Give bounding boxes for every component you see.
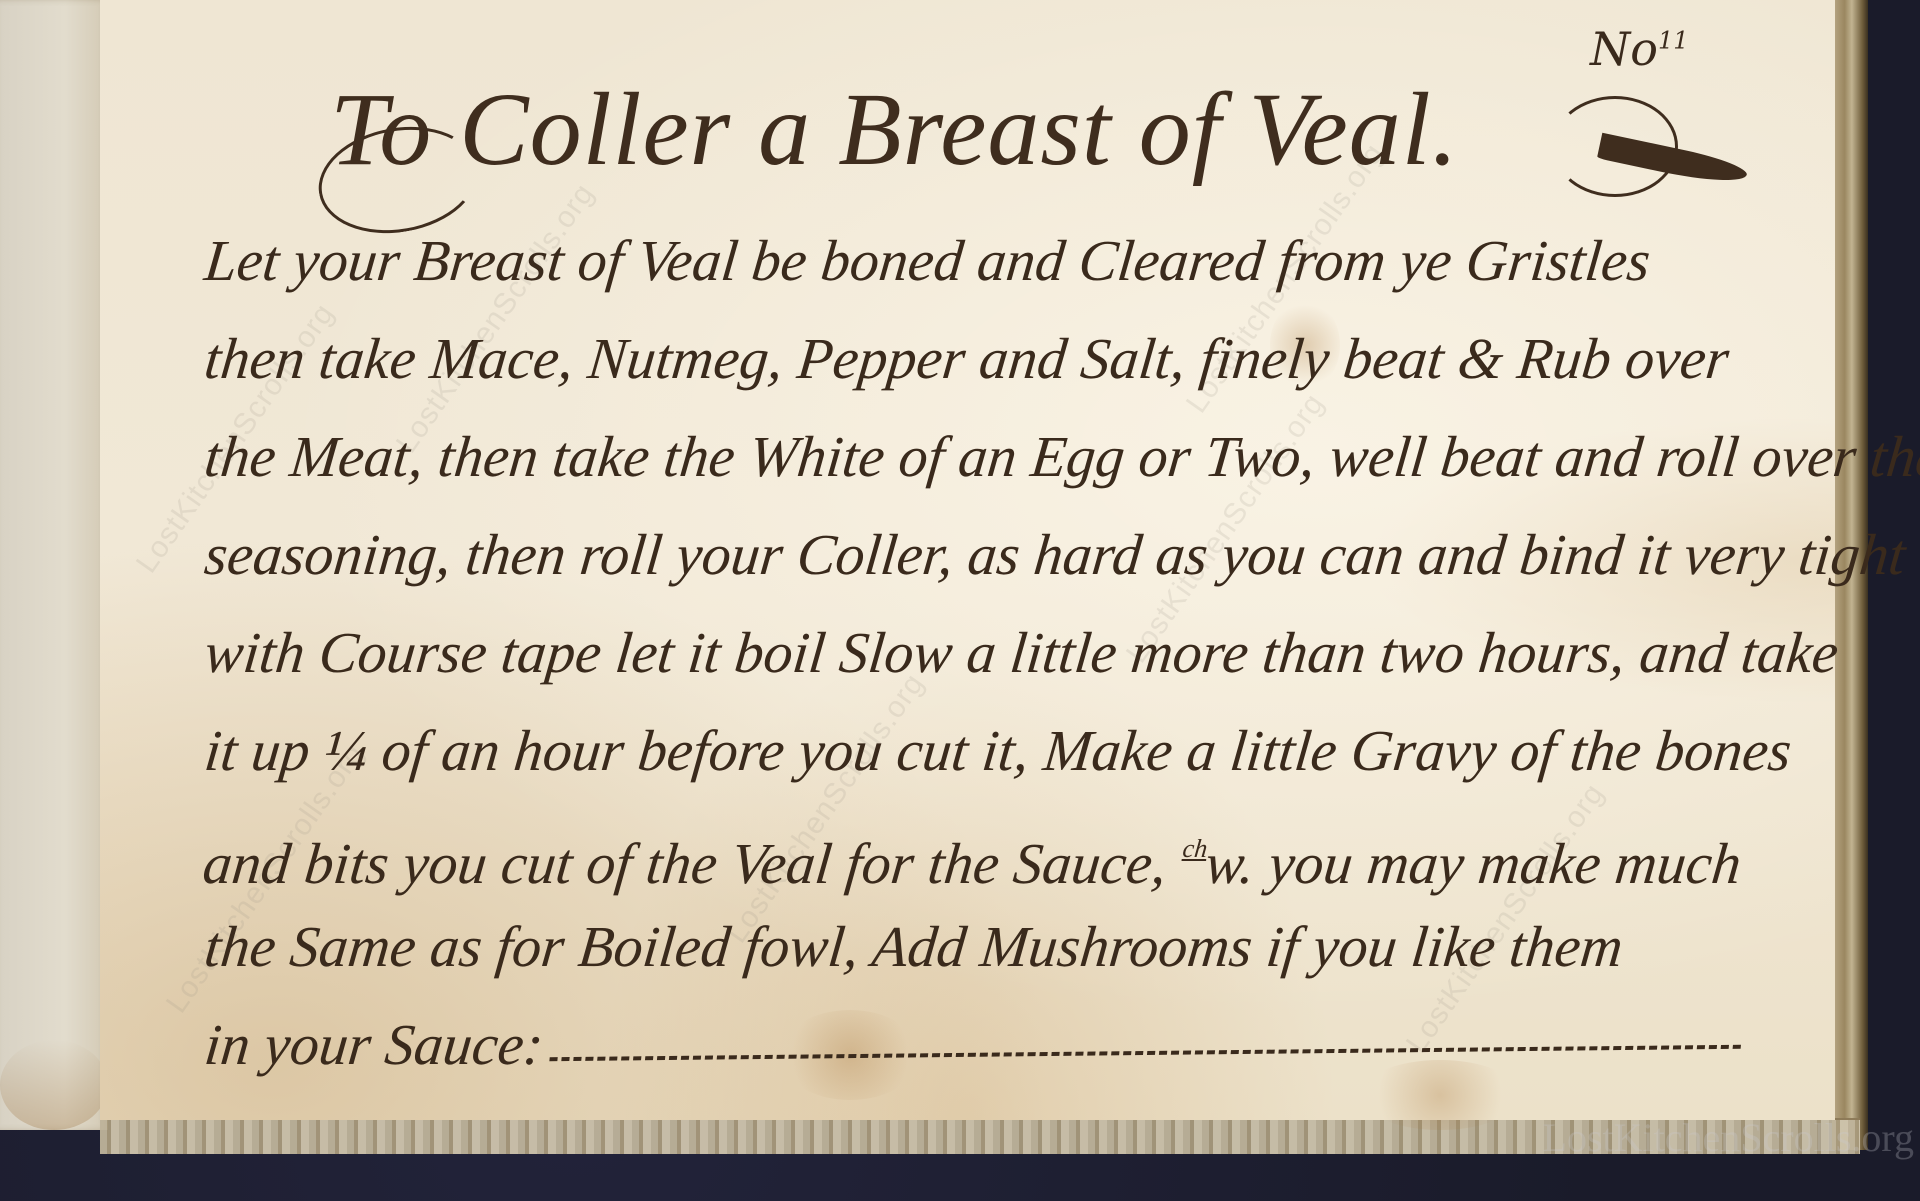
recipe-body: Let your Breast of Veal be boned and Cle… xyxy=(205,212,1845,1094)
text-line: the Meat, then take the White of an Egg … xyxy=(200,408,1850,506)
text-segment: and bits you cut of the Veal for the Sau… xyxy=(200,831,1170,896)
text-line: then take Mace, Nutmeg, Pepper and Salt,… xyxy=(200,310,1850,408)
abbreviation-base: w. xyxy=(1202,831,1258,896)
text-segment: in your Sauce: xyxy=(200,996,549,1094)
text-line: seasoning, then roll your Coller, as har… xyxy=(200,506,1850,604)
text-line: it up ¼ of an hour before you cut it, Ma… xyxy=(200,702,1850,800)
stain xyxy=(0,1040,108,1130)
recipe-title: To Coller a Breast of Veal. xyxy=(330,70,1630,189)
page-number-value: 11 xyxy=(1658,27,1689,55)
text-segment: you may make much xyxy=(1266,831,1745,896)
abbreviation: chw. xyxy=(1178,831,1258,896)
text-line: with Course tape let it boil Slow a litt… xyxy=(200,604,1850,702)
dashed-line-filler xyxy=(550,1045,1742,1061)
page-number-label: No xyxy=(1590,22,1658,76)
abbreviation-superscript: ch xyxy=(1181,834,1209,863)
text-line: Let your Breast of Veal be boned and Cle… xyxy=(200,212,1850,310)
text-line: and bits you cut of the Veal for the Sau… xyxy=(200,800,1850,898)
text-line: in your Sauce: xyxy=(200,996,1850,1094)
text-line: the Same as for Boiled fowl, Add Mushroo… xyxy=(200,898,1850,996)
corner-watermark: LostKitchenScrolls.org xyxy=(1543,1114,1914,1161)
page-number: No11 xyxy=(1590,22,1689,76)
facing-page-edge xyxy=(0,0,108,1130)
